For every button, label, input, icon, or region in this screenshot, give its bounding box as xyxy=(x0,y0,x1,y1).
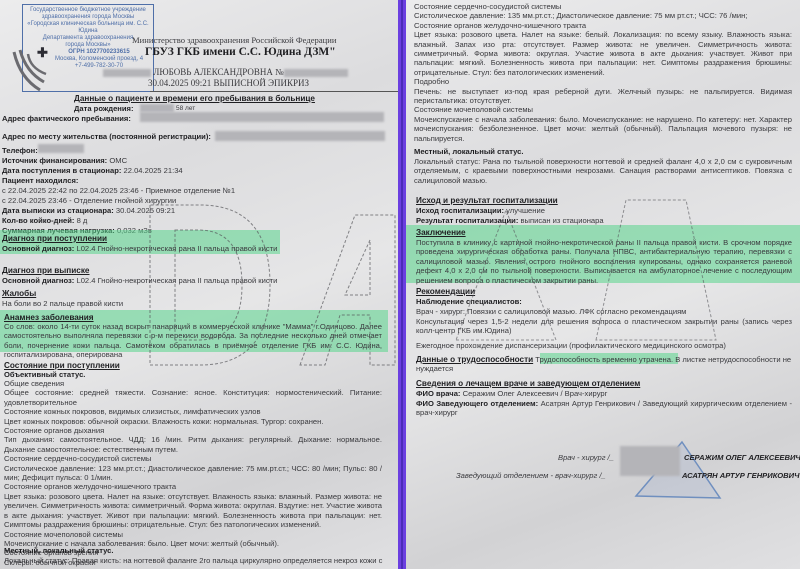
redacted-actual-address xyxy=(140,112,384,122)
funding-label: Источник финансирования: xyxy=(2,156,107,165)
status-line: Состояние мочеполовой системы xyxy=(4,530,382,539)
status-line: Цвет языка: розового цвета. Налет на язы… xyxy=(4,492,382,530)
ministry-title: Министерство здравоохранения Российской … xyxy=(132,36,336,45)
signature-name: СЕРАЖИМ ОЛЕГ АЛЕКСЕЕВИЧ xyxy=(684,453,800,462)
diagnosis-label: Основной диагноз: xyxy=(2,244,74,253)
birth-date-label: Дата рождения: xyxy=(74,104,134,113)
status-line: Общее состояние: средней тяжести. Сознан… xyxy=(4,388,382,407)
stamp-line: «Городская клиническая больница им. С.С.… xyxy=(26,21,150,35)
right-status-body: Состояние сердечно-сосудистой системы Си… xyxy=(414,2,792,143)
recommendation-line: Ежегодное прохождение диспансеризации (п… xyxy=(416,341,726,350)
hospital-title: ГБУЗ ГКБ имени С.С. Юдина ДЗМ" xyxy=(145,46,336,59)
section-title-diagnosis-admission: Диагноз при поступлении xyxy=(2,234,107,243)
status-line: Мочеиспускание с начала заболевания: был… xyxy=(414,115,792,143)
status-line: Состояние органов желудочно-кишечного тр… xyxy=(414,21,792,30)
recommendations-subtitle: Наблюдение специалистов: xyxy=(416,297,522,306)
phone-label: Телефон: xyxy=(2,146,38,155)
registered-address-label: Адрес по месту жительства (постоянной ре… xyxy=(2,132,211,141)
redacted-surname xyxy=(103,69,151,77)
diagnosis-value: L02.4 Гнойно-некротическая рана II пальц… xyxy=(76,244,277,253)
stay-period: с 22.04.2025 23:46 - Отделение гнойной х… xyxy=(2,196,176,205)
patient-name-line: ЛЮБОВЬ АЛЕКСАНДРОВНА № xyxy=(103,68,348,77)
signature-role: Заведующий отделением - врач-хирург /_ xyxy=(456,471,606,480)
funding-line: Источник финансирования: ОМС xyxy=(2,156,127,165)
work-capacity-line: Данные о трудоспособности Трудоспособнос… xyxy=(416,355,792,374)
section-title-complaints: Жалобы xyxy=(2,289,36,298)
redacted-phone xyxy=(38,144,84,153)
diagnosis-value: L02.4 Гнойно-некротическая рана II пальц… xyxy=(76,276,277,285)
diagnosis-label: Основной диагноз: xyxy=(2,276,74,285)
redacted-registered-address xyxy=(215,131,385,141)
section-title-anamnesis: Анамнез заболевания xyxy=(4,313,94,322)
conclusion-text: Поступила в клинику с картиной гнойно-не… xyxy=(416,238,792,285)
patient-name: ЛЮБОВЬ АЛЕКСАНДРОВНА № xyxy=(153,67,283,77)
doctor-label: ФИО врача: xyxy=(416,389,460,398)
stamp-line: здравоохранения города Москвы xyxy=(26,14,150,21)
doctor-line: ФИО врача: Серажим Олег Алексеевич / Вра… xyxy=(416,389,607,398)
status-line: Состояние органов дыхания xyxy=(4,426,382,435)
bed-days-line: Кол-во койко-дней: 8 д xyxy=(2,216,87,225)
bed-days-label: Кол-во койко-дней: xyxy=(2,216,74,225)
hospital-logo-icon xyxy=(10,48,50,94)
right-local-status-text: Локальный статус: Рана по тыльной поверх… xyxy=(414,157,792,185)
local-status-title: Местный, локальный статус. xyxy=(4,546,114,555)
status-line: Состояние кожных покровов, видимых слизи… xyxy=(4,407,382,416)
outcome-label: Исход госпитализации: xyxy=(416,206,504,215)
status-line: Цвет языка: розового цвета. Налет на язы… xyxy=(414,30,792,77)
diagnosis-discharge-line: Основной диагноз: L02.4 Гнойно-некротиче… xyxy=(2,276,277,285)
stay-label: Пациент находился: xyxy=(2,176,78,185)
header-rule xyxy=(150,91,398,92)
admission-status-body: Общие сведения Общее состояние: средней … xyxy=(4,379,382,567)
redacted-number xyxy=(284,69,348,77)
admission-line: Дата поступления в стационар: 22.04.2025… xyxy=(2,166,183,175)
status-line: Состояние сердечно-сосудистой системы xyxy=(414,2,792,11)
outcome-value: улучшение xyxy=(506,206,545,215)
result-label: Результат госпитализации: xyxy=(416,216,518,225)
doctor-value: Серажим Олег Алексеевич / Врач-хирург xyxy=(463,389,608,398)
recommendation-line: Врач - хирург: Повязки с салициловой маз… xyxy=(416,307,686,316)
stay-period: с 22.04.2025 22:42 по 22.04.2025 23:46 -… xyxy=(2,186,235,195)
section-title-patient-info: Данные о пациенте и времени его пребыван… xyxy=(74,94,315,103)
objective-status-title: Объективный статус. xyxy=(4,370,85,379)
stamp-line: Государственное бюджетное учреждение xyxy=(26,7,150,14)
section-title-diagnosis-discharge: Диагноз при выписке xyxy=(2,266,89,275)
diagnosis-admission-line: Основной диагноз: L02.4 Гнойно-некротиче… xyxy=(2,244,277,253)
anamnesis-text: Со слов: около 14-ти суток назад вскрыт … xyxy=(4,322,382,360)
bed-days-value: 8 д xyxy=(77,216,88,225)
redacted-signature xyxy=(620,446,680,476)
status-line: Тип дыхания: самостоятельное. ЧДД: 16 /м… xyxy=(4,435,382,454)
result-value: выписан из стационара xyxy=(520,216,603,225)
recommendation-line: Консультация через 1,5-2 недели для реше… xyxy=(416,317,792,336)
page-divider xyxy=(398,0,406,569)
work-capacity-status: Трудоспособность временно утрачена. xyxy=(535,355,673,364)
status-line: Цвет кожных покровов: обычной окраски. В… xyxy=(4,417,382,426)
section-title-conclusion: Заключение xyxy=(416,228,466,237)
local-status-text: Локальный статус: Правая кисть: на ногте… xyxy=(4,556,382,565)
document-page-left: Государственное бюджетное учреждение здр… xyxy=(0,0,398,569)
signature-role: Врач - хирург /_ xyxy=(558,453,614,462)
status-line: Состояние мочеполовой системы xyxy=(414,105,792,114)
discharge-value: 30.04.2025 09:21 xyxy=(116,206,175,215)
section-title-work-capacity: Данные о трудоспособности xyxy=(416,355,533,364)
discharge-label: Дата выписки из стационара: xyxy=(2,206,114,215)
section-title-admission-status: Состояние при поступлении xyxy=(4,361,120,370)
funding-value: ОМС xyxy=(109,156,127,165)
status-line: Подробно xyxy=(414,77,792,86)
admission-value: 22.04.2025 21:34 xyxy=(124,166,183,175)
right-local-status-title: Местный, локальный статус. xyxy=(414,147,524,156)
status-line: Состояние сердечно-сосудистой системы xyxy=(4,454,382,463)
complaints-text: На боли во 2 пальце правой кисти xyxy=(2,299,123,308)
status-line: Систолическое давление: 123 мм.рт.ст.; Д… xyxy=(4,464,382,483)
section-title-outcome: Исход и результат госпитализации xyxy=(416,196,558,205)
discharge-line: Дата выписки из стационара: 30.04.2025 0… xyxy=(2,206,175,215)
outcome-line: Исход госпитализации: улучшение xyxy=(416,206,545,215)
actual-address-label: Адрес фактического пребывания: xyxy=(2,114,131,123)
admission-label: Дата поступления в стационар: xyxy=(2,166,121,175)
head-label: ФИО Заведующего отделением: xyxy=(416,399,538,408)
head-line: ФИО Заведующего отделением: Асатрян Арту… xyxy=(416,399,792,418)
status-line: Состояние органов желудочно-кишечного тр… xyxy=(4,482,382,491)
status-line: Печень: не выступает из-под края реберно… xyxy=(414,87,792,106)
document-title: 30.04.2025 09:21 ВЫПИСНОЙ ЭПИКРИЗ xyxy=(148,79,309,88)
signature-name: АСАТРЯН АРТУР ГЕНРИКОВИЧ xyxy=(682,471,800,480)
status-line: Общие сведения xyxy=(4,379,382,388)
redacted-birth-date xyxy=(140,104,174,112)
section-title-physicians: Сведения о лечащем враче и заведующем от… xyxy=(416,379,640,388)
section-title-recommendations: Рекомендации xyxy=(416,287,475,296)
status-line: Систолическое давление: 135 мм.рт.ст.; Д… xyxy=(414,11,792,20)
document-page-right: Состояние сердечно-сосудистой системы Си… xyxy=(406,0,800,569)
signature-block: Врач - хирург /_ СЕРАЖИМ ОЛЕГ АЛЕКСЕЕВИЧ… xyxy=(406,440,800,500)
result-line: Результат госпитализации: выписан из ста… xyxy=(416,216,604,225)
